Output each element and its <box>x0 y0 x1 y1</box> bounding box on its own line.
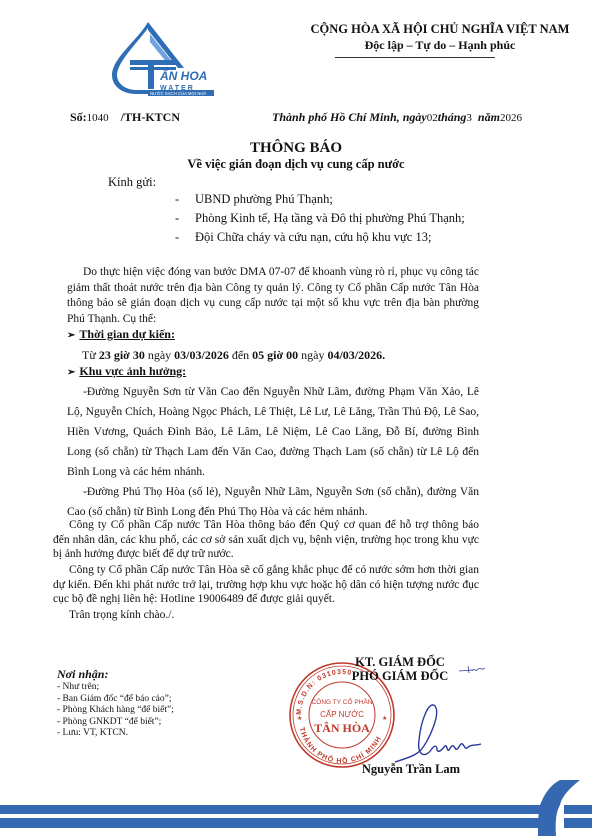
greeting: Kính gửi: <box>108 175 156 190</box>
closing-line: Trân trọng kính chào./. <box>53 608 479 623</box>
distribution-item: - Phòng Khách hàng “để biết”; <box>57 705 174 717</box>
document-number: Số:1040/TH-KTCN <box>70 110 180 125</box>
affected-area-1: -Đường Nguyễn Sơn từ Văn Cao đến Nguyễn … <box>67 382 479 482</box>
svg-text:CẤP NƯỚC: CẤP NƯỚC <box>320 709 364 719</box>
notice-paragraph: Công ty Cổ phần Cấp nước Tân Hòa thông b… <box>53 518 479 562</box>
svg-text:TÂN HÒA: TÂN HÒA <box>314 721 370 735</box>
document-subtitle: Về việc gián đoạn dịch vụ cung cấp nước <box>0 157 592 172</box>
recipient-item: -UBND phường Phú Thạnh; <box>175 192 333 207</box>
distribution-item: - Ban Giám đốc “để báo cáo”; <box>57 694 174 706</box>
place-and-date: Thành phố Hồ Chí Minh, ngày02tháng3 năm2… <box>272 110 522 125</box>
date-day: 02 <box>427 112 438 124</box>
recipient-item: -Đội Chữa cháy và cứu nạn, cứu hộ khu vự… <box>175 230 431 245</box>
svg-text:★: ★ <box>382 715 387 722</box>
distribution-title: Nơi nhận: <box>57 667 108 682</box>
document-title: THÔNG BÁO <box>0 140 592 157</box>
svg-text:CÔNG TY CỔ PHẦN: CÔNG TY CỔ PHẦN <box>312 696 373 706</box>
doc-number-label: Số: <box>70 110 87 124</box>
doc-number-value: 1040 <box>87 112 109 124</box>
year-label: năm <box>478 110 500 124</box>
distribution-list: - Như trên; - Ban Giám đốc “để báo cáo”;… <box>57 682 174 740</box>
doc-code: /TH-KTCN <box>121 110 180 124</box>
company-logo-icon: ÂN HOA WATER NƯỚC SẠCH CỦA MỌI NHÀ <box>108 20 214 96</box>
schedule-heading: ➢Thời gian dự kiến: <box>67 327 175 342</box>
affected-area-2: -Đường Phú Thọ Hòa (số lẻ), Nguyễn Nhữ L… <box>67 482 479 522</box>
distribution-item: - Phòng GNKDT “để biết”; <box>57 717 174 729</box>
recipient-item: -Phòng Kinh tế, Hạ tầng và Đô thị phường… <box>175 211 465 226</box>
svg-text:ÂN HOA: ÂN HOA <box>159 68 207 83</box>
schedule-timeline: Từ 23 giờ 30 ngày 03/03/2026 đến 05 giờ … <box>82 348 385 363</box>
initial-mark-icon <box>458 664 488 676</box>
place-prefix: Thành phố Hồ Chí Minh, ngày <box>272 110 427 124</box>
republic-heading: CỘNG HÒA XÃ HỘI CHỦ NGHĨA VIỆT NAM <box>290 22 590 37</box>
date-year: 2026 <box>500 112 522 124</box>
footer-decoration-icon <box>0 780 592 836</box>
handwritten-signature-icon <box>395 700 495 770</box>
distribution-item: - Như trên; <box>57 682 174 694</box>
affected-area-heading: ➢Khu vực ảnh hưởng: <box>67 364 186 379</box>
month-label: tháng <box>438 110 467 124</box>
arrow-bullet-icon: ➢ <box>67 367 75 378</box>
recovery-paragraph: Công ty Cổ phần Cấp nước Tân Hòa sẽ cố g… <box>53 563 479 607</box>
date-month: 3 <box>466 112 472 124</box>
signer-name: Nguyễn Trần Lam <box>346 762 476 777</box>
signature-role-line2: PHÓ GIÁM ĐỐC <box>340 669 460 684</box>
motto-underline <box>335 57 495 58</box>
distribution-item: - Lưu: VT, KTCN. <box>57 728 174 740</box>
intro-paragraph: Do thực hiện việc đóng van bước DMA 07-0… <box>67 265 479 327</box>
svg-text:★: ★ <box>297 715 302 722</box>
signature-role-line1: KT. GIÁM ĐỐC <box>340 655 460 670</box>
arrow-bullet-icon: ➢ <box>67 330 75 341</box>
national-motto: Độc lập – Tự do – Hạnh phúc <box>290 38 590 53</box>
svg-text:NƯỚC SẠCH CỦA MỌI NHÀ: NƯỚC SẠCH CỦA MỌI NHÀ <box>150 91 206 96</box>
